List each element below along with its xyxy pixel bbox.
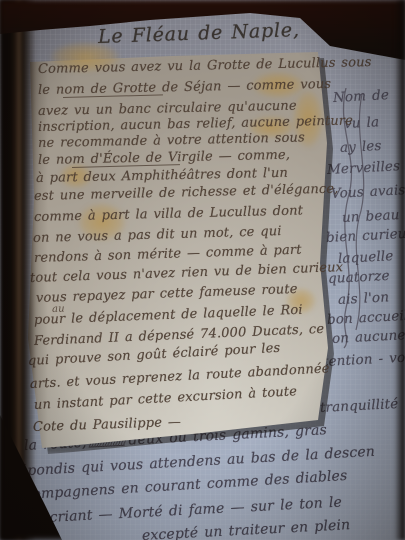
fragment-line: laquelle bbox=[338, 248, 394, 267]
fragment-line: ais l'on bbox=[338, 289, 390, 308]
fragment-line: ay les bbox=[340, 138, 382, 156]
fragment-line: un beau bbox=[342, 207, 400, 226]
fragment-line: Nom de bbox=[333, 87, 390, 106]
photo-of-manuscript: Le Fléau de Naple, Nom de vu la ay les M… bbox=[0, 0, 405, 540]
